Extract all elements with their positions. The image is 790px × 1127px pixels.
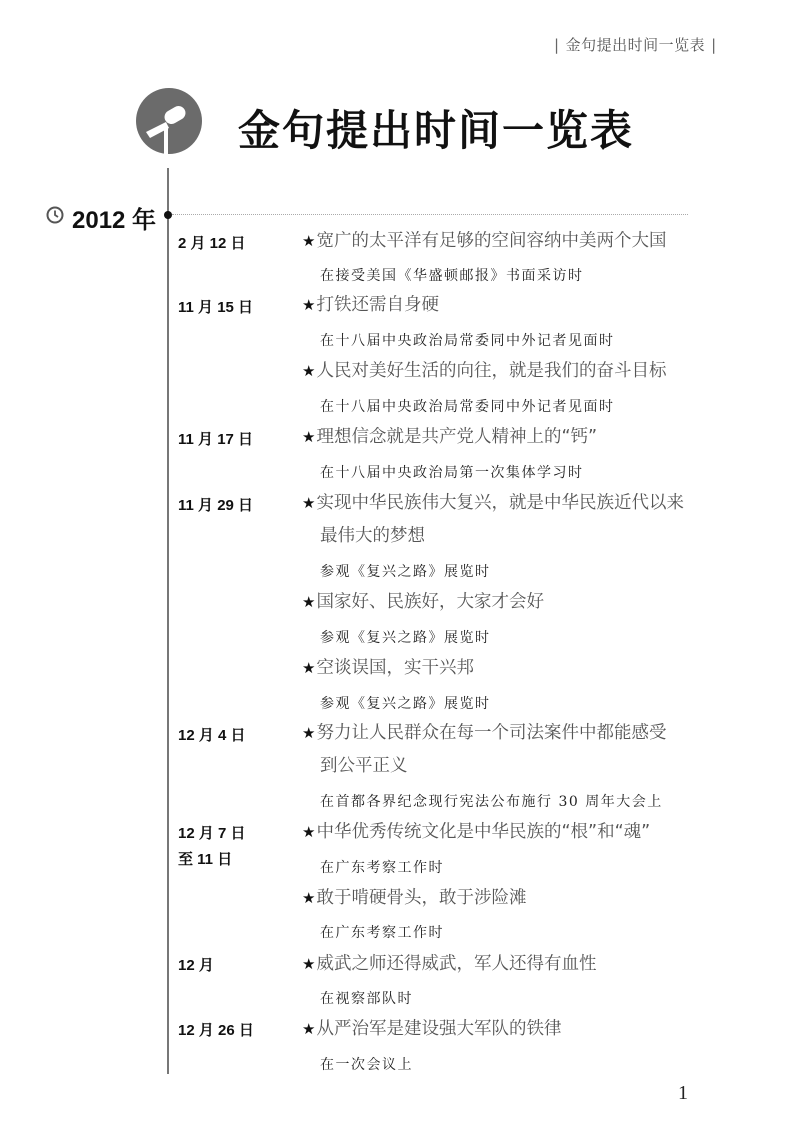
star-icon: ★ — [302, 296, 315, 314]
occasion: 在首都各界纪念现行宪法公布施行 30 周年大会上 — [320, 791, 663, 811]
star-icon: ★ — [302, 659, 315, 677]
star-icon: ★ — [302, 724, 315, 742]
star-icon: ★ — [302, 1020, 315, 1038]
quote: ★中华优秀传统文化是中华民族的“根”和“魂” — [302, 816, 722, 849]
page-number: 1 — [678, 1082, 688, 1105]
occasion: 在接受美国《华盛顿邮报》书面采访时 — [320, 265, 584, 285]
quote: ★理想信念就是共产党人精神上的“钙” — [302, 421, 702, 454]
entry-date: 12 月 7 日 — [178, 822, 246, 846]
occasion: 在视察部队时 — [320, 988, 413, 1008]
entry-date-line2: 至 11 日 — [178, 848, 232, 872]
occasion: 在十八届中央政治局常委同中外记者见面时 — [320, 330, 615, 350]
star-icon: ★ — [302, 593, 315, 611]
star-icon: ★ — [302, 823, 315, 841]
entry-date: 2 月 12 日 — [178, 232, 246, 256]
occasion: 在广东考察工作时 — [320, 857, 444, 877]
star-icon: ★ — [302, 889, 315, 907]
occasion: 在广东考察工作时 — [320, 922, 444, 942]
entry-date: 12 月 26 日 — [178, 1019, 254, 1043]
entry-date: 12 月 — [178, 954, 214, 978]
occasion: 参观《复兴之路》展览时 — [320, 627, 491, 647]
timeline-dot — [164, 211, 172, 219]
star-icon: ★ — [302, 955, 315, 973]
star-icon: ★ — [302, 428, 315, 446]
quote: ★威武之师还得威武，军人还得有血性 — [302, 948, 702, 981]
occasion: 在一次会议上 — [320, 1054, 413, 1074]
quote: ★空谈误国，实干兴邦 — [302, 652, 702, 685]
page-title: 金句提出时间一览表 — [238, 98, 634, 158]
quote: ★打铁还需自身硬 — [302, 289, 702, 322]
entry-date: 11 月 15 日 — [178, 296, 253, 320]
entry-date: 11 月 29 日 — [178, 494, 253, 518]
quote: ★敢于啃硬骨头，敢于涉险滩 — [302, 882, 702, 915]
occasion: 在十八届中央政治局第一次集体学习时 — [320, 462, 584, 482]
occasion: 在十八届中央政治局常委同中外记者见面时 — [320, 396, 615, 416]
quote: ★实现中华民族伟大复兴，就是中华民族近代以来最伟大的梦想 — [302, 487, 702, 553]
divider: | — [711, 36, 717, 54]
clock-icon — [46, 206, 64, 224]
entry-date: 11 月 17 日 — [178, 428, 253, 452]
dotted-divider — [172, 214, 688, 215]
quote: ★人民对美好生活的向往，就是我们的奋斗目标 — [302, 355, 702, 388]
running-head: |金句提出时间一览表| — [548, 34, 723, 55]
entry-date: 12 月 4 日 — [178, 724, 246, 748]
quote: ★国家好、民族好，大家才会好 — [302, 586, 702, 619]
star-icon: ★ — [302, 494, 315, 512]
quote: ★从严治军是建设强大军队的铁律 — [302, 1013, 702, 1046]
timeline-line — [167, 168, 169, 1074]
divider: | — [554, 36, 560, 54]
occasion: 参观《复兴之路》展览时 — [320, 693, 491, 713]
occasion: 参观《复兴之路》展览时 — [320, 561, 491, 581]
quote: ★宽广的太平洋有足够的空间容纳中美两个大国 — [302, 225, 702, 258]
year-label: 2012 年 — [72, 200, 156, 235]
star-icon: ★ — [302, 232, 315, 250]
quote: ★努力让人民群众在每一个司法案件中都能感受到公平正义 — [302, 717, 702, 783]
microphone-icon — [136, 88, 202, 154]
star-icon: ★ — [302, 362, 315, 380]
running-head-text: 金句提出时间一览表 — [566, 36, 706, 54]
